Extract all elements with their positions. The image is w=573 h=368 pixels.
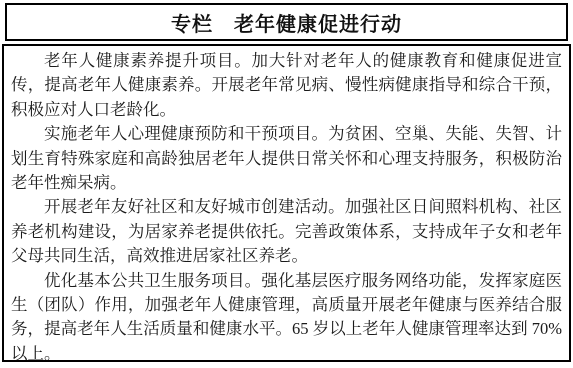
panel-paragraph: 实施老年人心理健康预防和干预项目。为贫困、空巢、失能、失智、计划生育特殊家庭和高… xyxy=(11,122,562,195)
panel-paragraph: 优化基本公共卫生服务项目。强化基层医疗服务网络功能，发挥家庭医生（团队）作用，加… xyxy=(11,269,562,362)
panel-title: 专栏 老年健康促进行动 xyxy=(171,8,402,37)
panel-paragraph: 开展老年友好社区和友好城市创建活动。加强社区日间照料机构、社区养老机构建设，为居… xyxy=(11,195,562,268)
panel-title-box: 专栏 老年健康促进行动 xyxy=(5,3,568,41)
document-page: 专栏 老年健康促进行动 老年人健康素养提升项目。加大针对老年人的健康教育和健康促… xyxy=(0,0,573,368)
panel-body-box: 老年人健康素养提升项目。加大针对老年人的健康教育和健康促进宣传，提高老年人健康素… xyxy=(2,44,571,362)
panel-paragraph: 老年人健康素养提升项目。加大针对老年人的健康教育和健康促进宣传，提高老年人健康素… xyxy=(11,49,562,122)
